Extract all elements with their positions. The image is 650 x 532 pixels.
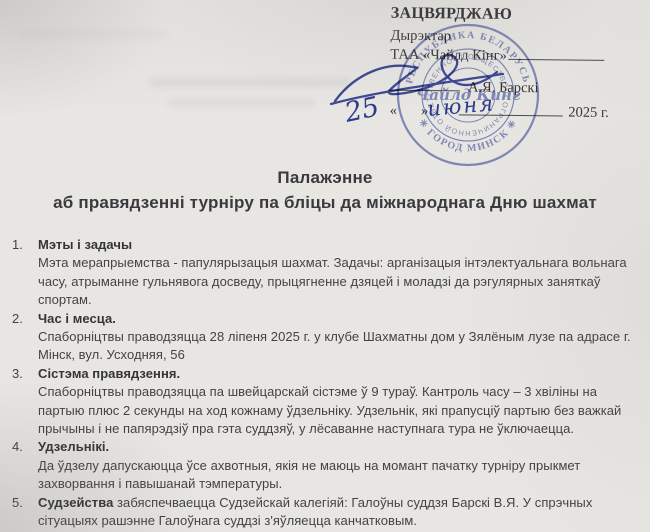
item-title: Час і месца. [38, 310, 644, 328]
item-body: забяспечваецца Судзейскай калегіяй: Гало… [38, 495, 592, 528]
document-title: Палажэнне аб правядзенні турніру па бліц… [0, 165, 650, 215]
item-body: Спаборніцтвы праводзяцца па швейцарскай … [38, 384, 621, 436]
bleedthrough-smudge [18, 30, 168, 38]
item-number: 4. [10, 438, 38, 493]
item-title: Сістэма правядзення. [38, 365, 644, 383]
item-body: Мэта мерапрыемства - папулярызацыя шахма… [38, 255, 627, 307]
item-number: 5. [10, 494, 38, 531]
item-number: 3. [10, 365, 38, 439]
item-number: 1. [10, 236, 38, 310]
item-body: Спаборніцтвы праводзяцца 28 ліпеня 2025 … [38, 329, 631, 362]
handwritten-month: июня [426, 91, 496, 121]
bleedthrough-smudge [150, 78, 350, 87]
item-number: 2. [10, 310, 38, 365]
date-year: 2025 г. [568, 105, 609, 121]
list-item: 4. Удзельнікі. Да ўдзелу дапускаюцца ўсе… [10, 438, 644, 493]
item-title: Удзельнікі. [38, 438, 644, 456]
title-line-2: аб правядзенні турніру па бліцы да міжна… [0, 190, 650, 215]
list-item: 3. Сістэма правядзення. Спаборніцтвы пра… [10, 365, 644, 439]
handwritten-day: 25 [341, 91, 382, 129]
handwriting-layer: 25 июня [325, 46, 560, 138]
bleedthrough-smudge [168, 99, 316, 107]
item-title: Мэты і задачы [38, 236, 644, 254]
list-item: 2. Час і месца. Спаборніцтвы праводзяцца… [10, 310, 644, 365]
list-item: 5. Судзейства забяспечваецца Судзейскай … [10, 494, 644, 531]
document-body: 1. Мэты і задачы Мэта мерапрыемства - па… [10, 236, 644, 531]
item-title: Судзейства [38, 495, 113, 510]
item-body: Да ўдзелу дапускаюцца ўсе ахвотныя, якія… [38, 458, 580, 491]
list-item: 1. Мэты і задачы Мэта мерапрыемства - па… [10, 236, 644, 310]
